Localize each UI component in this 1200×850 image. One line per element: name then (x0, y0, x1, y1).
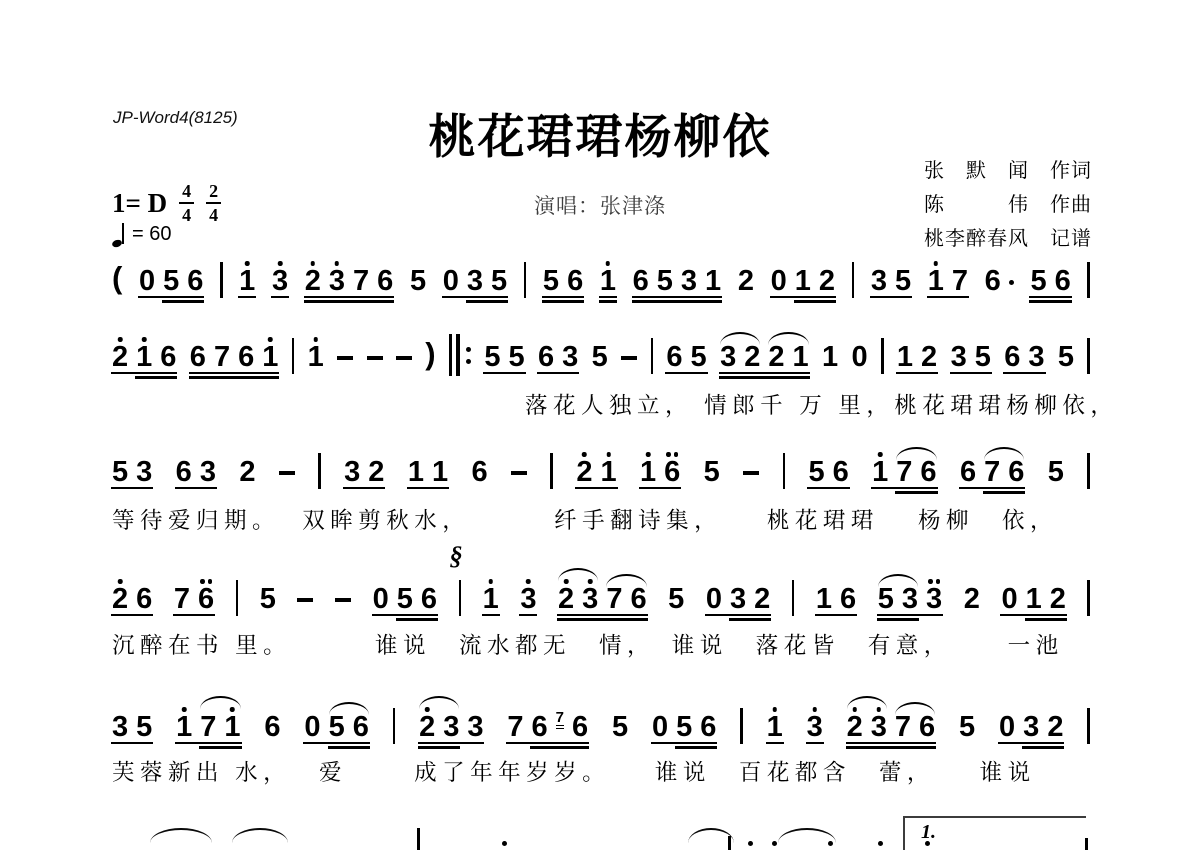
beam-group: 2376 (305, 270, 394, 294)
beam-underline-icon (639, 487, 681, 490)
note: 5 (592, 346, 608, 370)
beam-group: 056 (304, 716, 368, 740)
beam-underline-icon (770, 296, 836, 299)
beam-underline-icon (877, 618, 919, 621)
beam-group: 53 (878, 588, 918, 612)
beam-underline-icon (343, 487, 385, 490)
note: 7 (214, 346, 230, 370)
beam-group: 233 (419, 716, 483, 740)
note: 5 (397, 588, 413, 612)
note: 5 (1030, 270, 1046, 294)
note: 3 (136, 461, 152, 485)
dash-note (743, 471, 759, 475)
segno-icon: § (450, 543, 463, 569)
note: 5 (112, 461, 128, 485)
lyricist-credit: 张 默 闻 作词 (924, 154, 1092, 188)
beam-underline-icon (719, 372, 810, 375)
beam-group: 012 (1001, 588, 1065, 612)
note: 6 (353, 716, 369, 740)
beam-underline-icon (877, 614, 943, 617)
note: 6 (472, 461, 488, 485)
beam-underline-icon (1025, 618, 1067, 621)
time-signature-4-4: 4 4 (179, 182, 194, 224)
note: 2 (744, 346, 760, 370)
dash-note (337, 356, 353, 360)
volta-bracket-1: 1. (903, 816, 1086, 850)
note: 3 (520, 588, 536, 612)
beam-group: 56 (543, 270, 583, 294)
note: 6 (1008, 461, 1024, 485)
note: 5 (163, 270, 179, 294)
beam-group: 32 (730, 588, 770, 612)
note: 5 (676, 716, 692, 740)
note: 6 (198, 588, 214, 612)
beam-group: 2376 (558, 588, 647, 612)
note: 6 (666, 346, 682, 370)
slur-arc-icon (878, 574, 918, 587)
note: 7 (984, 461, 1000, 485)
beam-group: 3 (272, 270, 288, 294)
beam-underline-icon (418, 742, 484, 745)
parenthesis: ( (112, 260, 122, 296)
beam-underline-icon (870, 296, 912, 299)
beam-underline-icon (162, 300, 204, 303)
note: 1 (816, 588, 832, 612)
dash-note (367, 356, 383, 360)
octave-dot-icon (335, 261, 340, 266)
beam-underline-icon (135, 376, 177, 379)
parenthesis: ) (425, 336, 435, 372)
beam-group: 6531 (633, 270, 722, 294)
beam-group: 056 (139, 270, 203, 294)
beam-underline-icon (705, 614, 771, 617)
beam-underline-icon (372, 614, 438, 617)
beam-underline-icon (927, 296, 969, 299)
note: 2 (419, 716, 435, 740)
note: 1 (408, 461, 424, 485)
octave-dot-icon (606, 452, 611, 457)
beam-underline-icon (651, 742, 717, 745)
ornament-dots-icon (666, 452, 678, 457)
beam-underline-icon (998, 742, 1064, 745)
note: 1 (767, 716, 783, 740)
beam-group: 676 (531, 711, 588, 741)
note: 5 (543, 270, 559, 294)
note: 6 (531, 716, 547, 740)
barline (651, 338, 654, 374)
slur-arc-icon (232, 828, 288, 843)
octave-dot-icon (278, 261, 283, 266)
beam-underline-icon (483, 372, 525, 375)
note: 6 (190, 346, 206, 370)
note: 5 (136, 716, 152, 740)
notation-line-2: 21667611)55635653221101235635 (112, 340, 1090, 370)
beam-group: 3 (807, 716, 823, 740)
beam-group: 6531 (633, 270, 722, 294)
beam-group: 035 (443, 270, 507, 294)
beam-underline-icon (407, 487, 449, 490)
note: 7 (174, 588, 190, 612)
note: 5 (959, 716, 975, 740)
octave-dot-icon (772, 841, 777, 846)
barline (881, 338, 884, 374)
notation-line-1: (0561323765035561653120123517656 (112, 264, 1090, 294)
beam-group: 56 (329, 716, 369, 740)
ornament-dots-icon (200, 579, 212, 584)
beam-group: 2376 (847, 716, 936, 740)
lyric-line-2: 等待爱归期。 双眸剪秋水， 纤手翻诗集， 桃花珺珺 杨柳 依， (112, 503, 1058, 535)
note: 5 (484, 346, 500, 370)
barline (1087, 708, 1090, 744)
beam-underline-icon (111, 742, 153, 745)
beam-underline-icon (846, 746, 937, 749)
beam-group: 32 (344, 461, 384, 485)
note: 3 (720, 346, 736, 370)
octave-dot-icon (526, 579, 531, 584)
note: 1 (432, 461, 448, 485)
beam-group: 35 (112, 716, 152, 740)
note: 7 (952, 270, 968, 294)
beam-group: 1 (483, 588, 499, 612)
note: 6 (630, 588, 646, 612)
note: 2 (368, 461, 384, 485)
barline (220, 262, 223, 298)
note: 2 (819, 270, 835, 294)
lyric-line-1: 落花人独立， 情郎千 万 里，桃花珺珺杨柳依， (525, 388, 1118, 420)
barline (393, 708, 396, 744)
beam-group: 1 (239, 270, 255, 294)
beam-group: 056 (373, 588, 437, 612)
rest-note: 0 (652, 716, 668, 740)
rest-note: 0 (373, 588, 389, 612)
transcriber-credit: 桃李醉春风 记谱 (924, 222, 1092, 256)
dash-note (621, 356, 637, 360)
note: 6 (238, 346, 254, 370)
rest-note: 0 (771, 270, 787, 294)
note: 6 (567, 270, 583, 294)
beam-group: 76 (984, 461, 1024, 485)
note: 5 (612, 716, 628, 740)
beam-group: 2376 (847, 716, 936, 740)
octave-dot-icon (488, 579, 493, 584)
beam-underline-icon (199, 746, 241, 749)
beam-group: 26 (112, 588, 152, 612)
slur-arc-icon (150, 828, 212, 843)
note: 3 (467, 716, 483, 740)
note: 3 (112, 716, 128, 740)
note: 1 (928, 270, 944, 294)
rest-note: 0 (304, 716, 320, 740)
dash-note (335, 598, 351, 602)
dash-note (297, 598, 313, 602)
beam-group: 53 (112, 461, 152, 485)
note: 3 (902, 588, 918, 612)
note: 5 (975, 346, 991, 370)
beam-underline-icon (519, 614, 537, 617)
note: 7 (896, 461, 912, 485)
note: 2 (768, 346, 784, 370)
beam-underline-icon (304, 296, 395, 299)
barline (792, 580, 795, 616)
note: 1 (795, 270, 811, 294)
octave-dot-icon (502, 841, 507, 846)
slur-arc-icon (419, 696, 459, 709)
dash-note (396, 356, 412, 360)
note: 3 (871, 716, 887, 740)
note: 1 (822, 346, 838, 370)
note: 6 (377, 270, 393, 294)
quarter-note-icon (112, 222, 126, 247)
beam-underline-icon (304, 300, 395, 303)
barline (1087, 338, 1090, 374)
note: 5 (260, 588, 276, 612)
beam-underline-icon (719, 376, 810, 379)
notation-line-3: 536323211621165561766765 (112, 455, 1090, 485)
note: 3 (871, 270, 887, 294)
note: 6 (633, 270, 649, 294)
barline (417, 828, 420, 850)
beam-group: 3 (520, 588, 536, 612)
slur-group: 21 (768, 346, 808, 370)
beam-underline-icon (418, 746, 460, 749)
beam-underline-icon (303, 742, 369, 745)
beam-group: 056 (652, 716, 716, 740)
note: 6 (187, 270, 203, 294)
note: 5 (691, 346, 707, 370)
note: 2 (305, 270, 321, 294)
slur-arc-icon (847, 696, 887, 709)
beam-group: 23 (419, 716, 459, 740)
beam-underline-icon (665, 372, 707, 375)
slur-group: 76 (896, 461, 936, 485)
note: 1 (483, 588, 499, 612)
sheet-music-page: { "header": { "watermark": "JP-Word4(812… (0, 0, 1200, 850)
beam-underline-icon (396, 618, 438, 621)
beam-group: 65 (666, 346, 706, 370)
note: 6 (700, 716, 716, 740)
slur-arc-icon (329, 702, 369, 715)
beam-group: 76 (174, 588, 214, 612)
note: 1 (872, 461, 888, 485)
beam-group: 56 (808, 461, 848, 485)
octave-dot-icon (245, 261, 250, 266)
beam-underline-icon (895, 491, 937, 494)
beam-group: 6761 (190, 346, 279, 370)
note: 6 (136, 588, 152, 612)
slur-arc-icon (720, 332, 760, 345)
beam-underline-icon (482, 614, 500, 617)
beam-group: 676 (960, 461, 1024, 485)
octave-dot-icon (182, 707, 187, 712)
beam-group: 6761 (190, 346, 279, 370)
octave-dot-icon (646, 452, 651, 457)
octave-dot-icon (878, 452, 883, 457)
note: 6 (176, 461, 192, 485)
beam-group: 71 (200, 716, 240, 740)
note: 3 (329, 270, 345, 294)
note: 3 (443, 716, 459, 740)
beam-group: 16 (816, 588, 856, 612)
note: 5 (491, 270, 507, 294)
tempo-marking: = 60 (112, 222, 171, 247)
octave-dot-icon (311, 261, 316, 266)
barline (318, 453, 321, 489)
slur-arc-icon (768, 332, 808, 345)
beam-group: 1 (600, 270, 616, 294)
beam-underline-icon (632, 296, 723, 299)
beam-underline-icon (983, 491, 1025, 494)
note: 6 (572, 716, 588, 740)
composer-credit: 陈 伟 作曲 (924, 188, 1092, 222)
beam-underline-icon (542, 296, 584, 299)
note: 7 (353, 270, 369, 294)
barline (292, 338, 295, 374)
beam-group: 35 (951, 346, 991, 370)
note: 1 (136, 346, 152, 370)
slur-arc-icon (558, 568, 598, 581)
beam-underline-icon (189, 376, 280, 379)
beam-underline-icon (766, 742, 784, 745)
beam-group: 2376 (305, 270, 394, 294)
note: 1 (600, 461, 616, 485)
lyric-line-3: 沉醉在书 里。 谁说 流水都无 情， 谁说 落花皆 有意， 一池 (112, 628, 1064, 660)
note: 5 (704, 461, 720, 485)
octave-dot-icon (582, 452, 587, 457)
beam-underline-icon (506, 742, 589, 745)
note: 5 (668, 588, 684, 612)
beam-underline-icon (599, 296, 617, 299)
beam-underline-icon (111, 614, 153, 617)
slur-group: 23 (847, 716, 887, 740)
note: 7 (606, 588, 622, 612)
note: 1 (640, 461, 656, 485)
octave-dot-icon (748, 841, 753, 846)
beam-group: 35 (871, 270, 911, 294)
beam-underline-icon (675, 746, 717, 749)
beam-group: 3221 (720, 346, 809, 370)
barline (524, 262, 527, 298)
rest-note: 0 (443, 270, 459, 294)
note: 2 (1050, 588, 1066, 612)
rest-note: 0 (139, 270, 155, 294)
beam-underline-icon (896, 372, 938, 375)
beam-underline-icon (807, 487, 849, 490)
tempo-value: = 60 (132, 223, 171, 246)
beam-group: 7676 (507, 711, 588, 741)
beam-underline-icon (959, 487, 1025, 490)
beam-group: 032 (706, 588, 770, 612)
note: 3 (562, 346, 578, 370)
rest-note: 0 (999, 716, 1015, 740)
note: 3 (582, 588, 598, 612)
beam-group: 56 (676, 716, 716, 740)
beam-group: 17 (928, 270, 968, 294)
note: 7 (200, 716, 216, 740)
note: 3 (926, 588, 942, 612)
note: 5 (1048, 461, 1064, 485)
note: 7 (507, 716, 523, 740)
beam-group: 56 (397, 588, 437, 612)
beam-underline-icon (1029, 300, 1071, 303)
octave-dot-icon (606, 261, 611, 266)
beam-group: 12 (1026, 588, 1066, 612)
beam-group: 56 (543, 270, 583, 294)
beam-underline-icon (794, 300, 836, 303)
beam-underline-icon (557, 618, 648, 621)
note: 2 (738, 270, 754, 294)
beam-underline-icon (530, 746, 589, 749)
rest-note: 0 (706, 588, 722, 612)
beam-group: 012 (771, 270, 835, 294)
slur-arc-icon (778, 828, 836, 843)
beam-underline-icon (1003, 372, 1045, 375)
beam-group: 63 (538, 346, 578, 370)
beam-group: 76 (896, 461, 936, 485)
note: 3 (730, 588, 746, 612)
barline (852, 262, 855, 298)
barline (236, 580, 239, 616)
barline (728, 836, 731, 850)
note: 6 (840, 588, 856, 612)
note: 1 (792, 346, 808, 370)
slur-arc-icon (606, 574, 646, 587)
barline (740, 708, 743, 744)
octave-dot-icon (812, 707, 817, 712)
beam-group: 16 (136, 346, 176, 370)
note: 1 (308, 346, 324, 370)
barline (1087, 453, 1090, 489)
octave-dot-icon (118, 579, 123, 584)
note: 1 (262, 346, 278, 370)
beam-underline-icon (111, 487, 153, 490)
note: 5 (329, 716, 345, 740)
beam-underline-icon (328, 746, 370, 749)
slur-arc-icon (984, 447, 1024, 460)
beam-group: 12 (795, 270, 835, 294)
note: 3 (681, 270, 697, 294)
barline (1087, 262, 1090, 298)
beam-group: 63 (1004, 346, 1044, 370)
note: 2 (921, 346, 937, 370)
note: 3 (344, 461, 360, 485)
note: 6 (985, 270, 1014, 294)
beam-group: 032 (999, 716, 1063, 740)
beam-underline-icon (806, 742, 824, 745)
notation-line-5: 351716056233767650561323765032 (112, 710, 1090, 740)
note: 2 (112, 588, 128, 612)
note: 5 (508, 346, 524, 370)
note: 1 (897, 346, 913, 370)
beam-group: 11 (408, 461, 448, 485)
note: 1 (224, 716, 240, 740)
slur-arc-icon (200, 696, 240, 709)
slur-group: 76 (606, 588, 646, 612)
note: 5 (878, 588, 894, 612)
barline (1087, 580, 1090, 616)
beam-group: 533 (878, 588, 942, 612)
beam-underline-icon (466, 300, 508, 303)
note: 5 (657, 270, 673, 294)
barline (550, 453, 553, 489)
note: 1 (176, 716, 192, 740)
octave-dot-icon (934, 261, 939, 266)
note: 1 (1026, 588, 1042, 612)
beam-group: 55 (484, 346, 524, 370)
note: 2 (112, 346, 128, 370)
notation-line-4: 26765056§1323765032165332012 (112, 582, 1090, 612)
slur-group: 53 (878, 588, 918, 612)
slur-group: 32 (720, 346, 760, 370)
